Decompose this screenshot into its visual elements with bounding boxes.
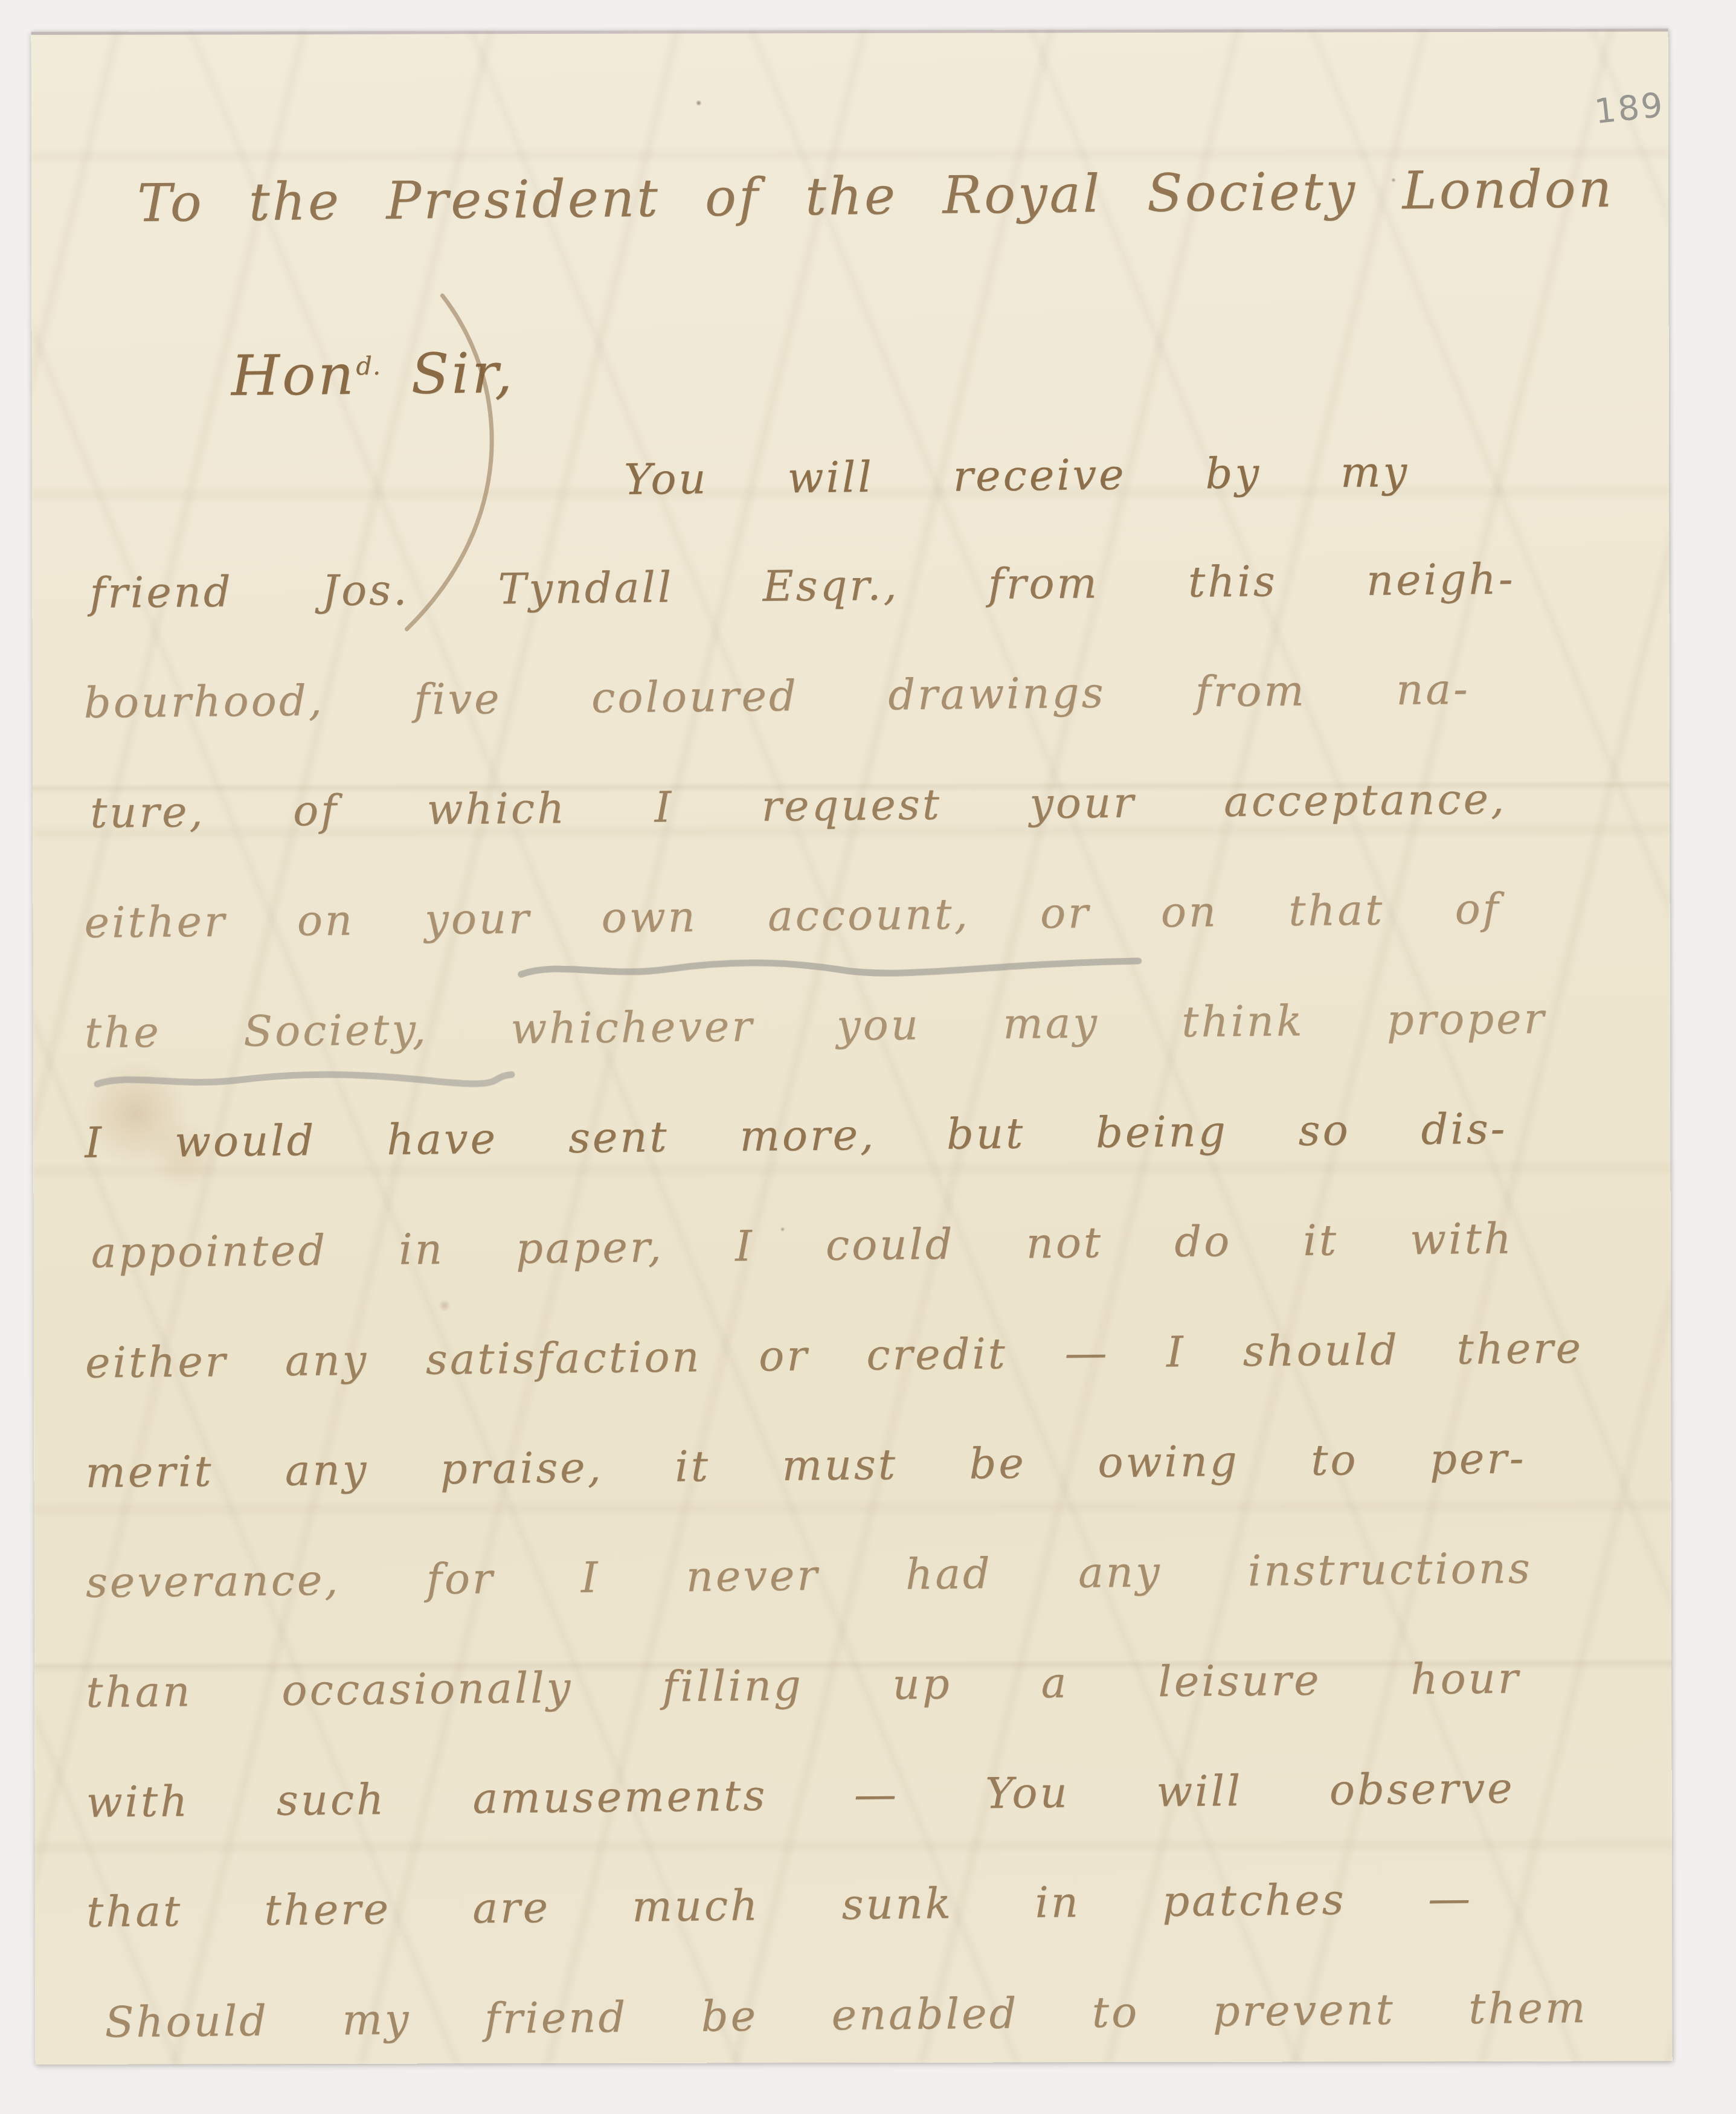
pencil-underline-the-society	[94, 1065, 516, 1092]
page-number-pencil: 189	[1593, 85, 1667, 132]
salutation-text: Hon	[231, 342, 356, 408]
letter-line: with such amusements — You will observe	[86, 1765, 1515, 1826]
letter-line: bourhood, five coloured drawings from na…	[83, 666, 1470, 727]
letter-line: You will receive by my	[624, 449, 1410, 503]
letter-line: I would have sent more, but being so dis…	[85, 1105, 1508, 1166]
letter-line: either any satisfaction or credit — I sh…	[85, 1325, 1584, 1387]
letter-line: Should my friend be enabled to prevent t…	[104, 1985, 1588, 2046]
letter-line: merit any praise, it must be owing to pe…	[85, 1435, 1526, 1496]
letter-paper: 189 To the President of the Royal Societ…	[31, 28, 1672, 2064]
letter-heading: To the President of the Royal Society Lo…	[137, 161, 1615, 233]
letter-line: ture, of which I request your acceptance…	[90, 776, 1507, 837]
letter-line: appointed in paper, I could not do it wi…	[91, 1215, 1514, 1276]
scanner-background: 189 To the President of the Royal Societ…	[0, 0, 1736, 2114]
letter-line: the Society, whichever you may think pro…	[85, 995, 1547, 1056]
letter-line: either on your own account, or on that o…	[84, 886, 1501, 946]
letter-line: friend Jos. Tyndall Esqr., from this nei…	[89, 556, 1516, 616]
letter-line: severance, for I never had any instructi…	[86, 1545, 1533, 1606]
letter-line: than occasionally filling up a leisure h…	[86, 1655, 1521, 1716]
letter-line: that there are much sunk in patches —	[86, 1875, 1473, 1936]
pencil-underline-own-account	[516, 953, 1145, 981]
